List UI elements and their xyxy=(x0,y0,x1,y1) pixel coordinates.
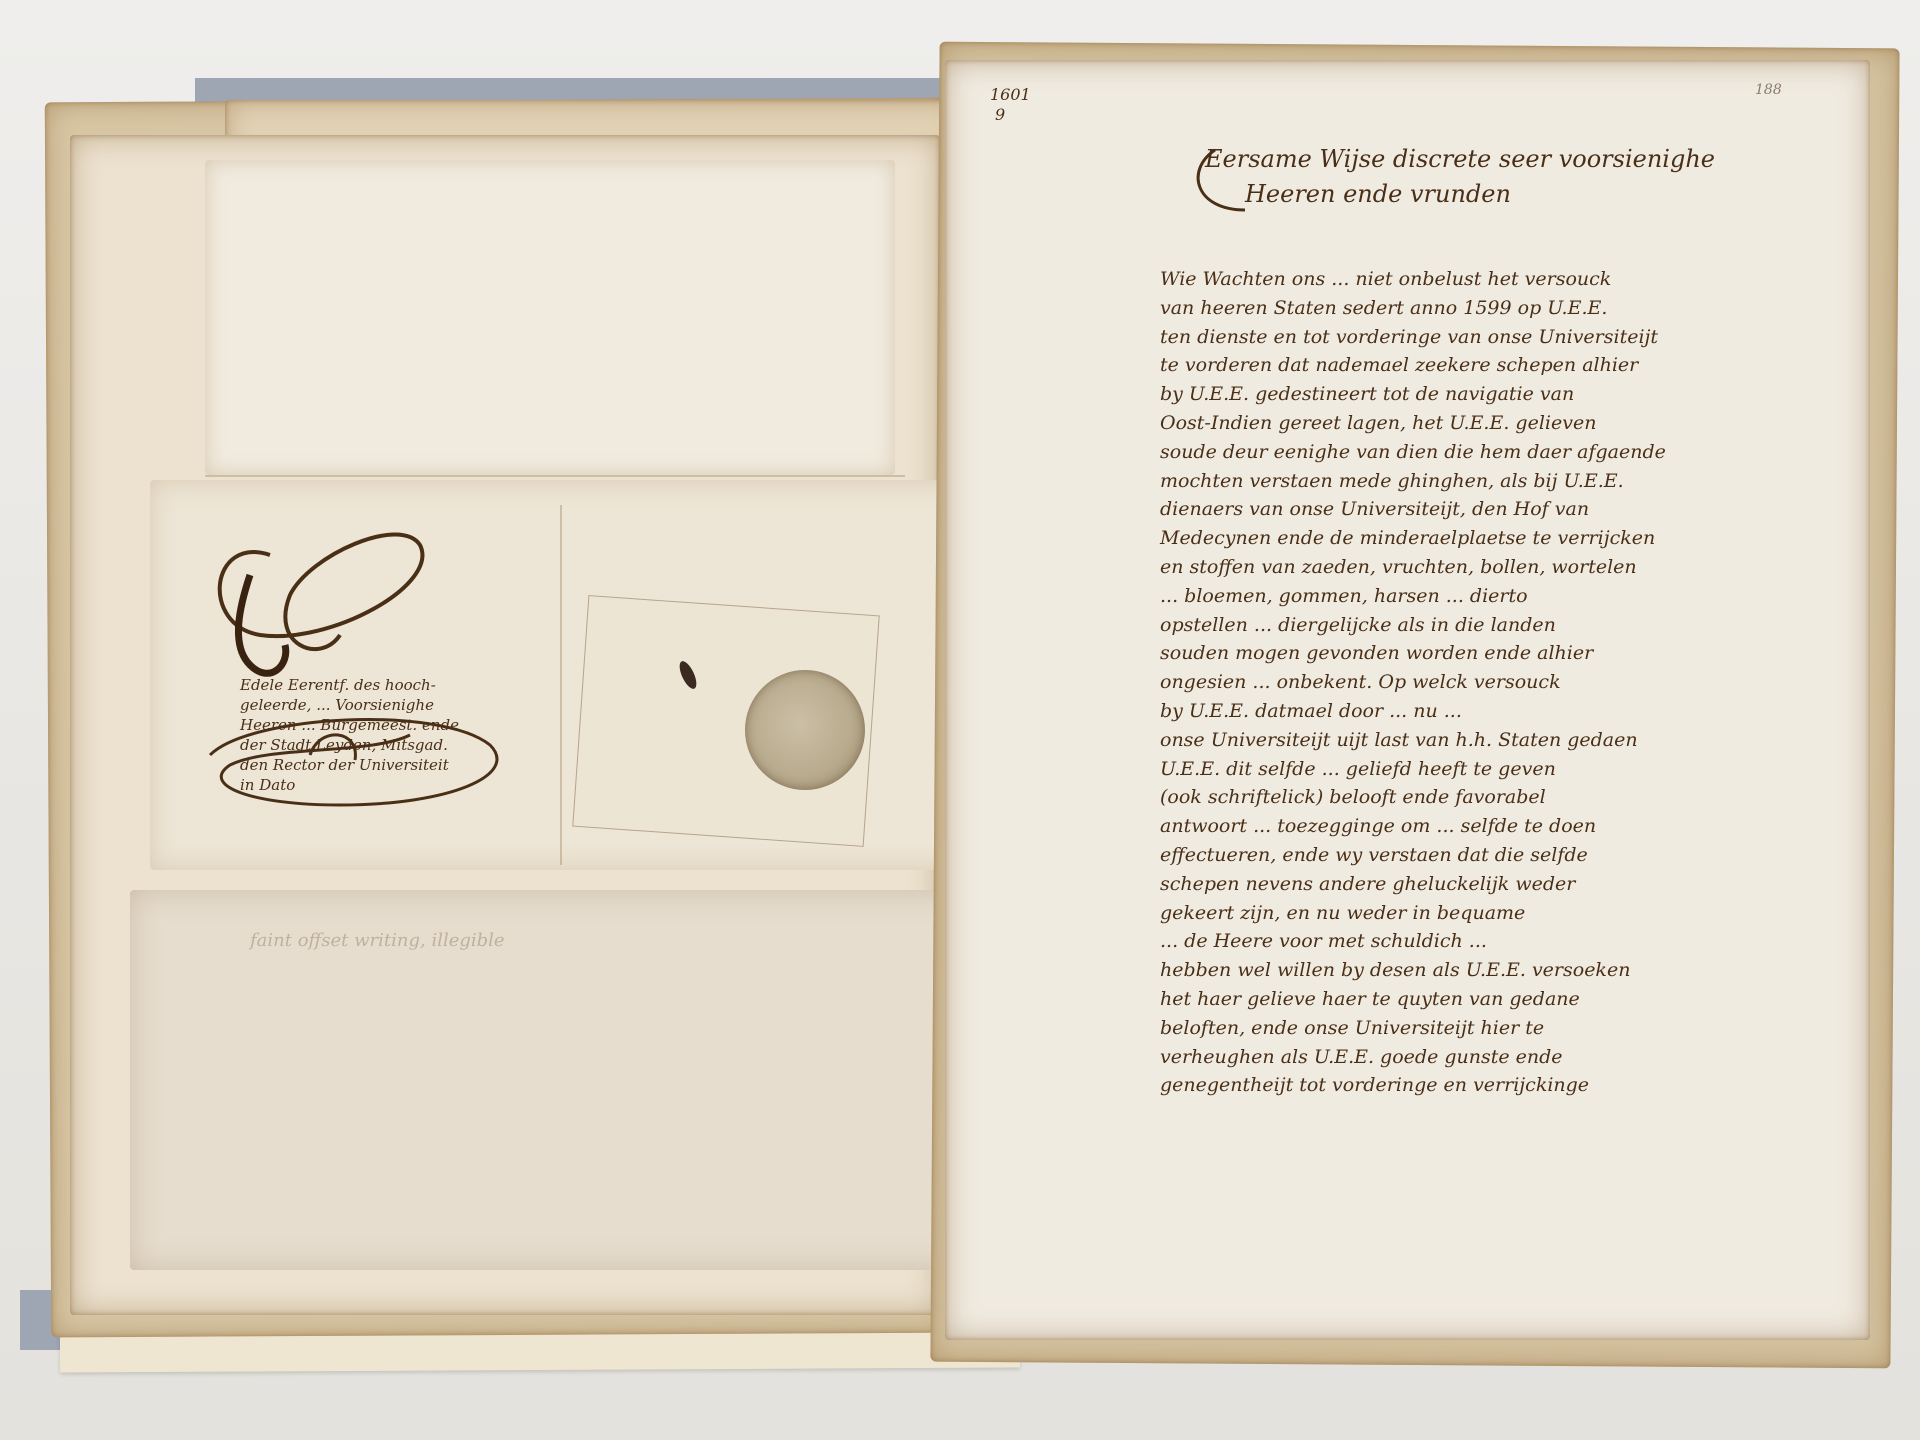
body-line: opstellen ... diergelijcke als in die la… xyxy=(1160,611,1850,640)
address-line: Heeren ... Burgemeest. ende xyxy=(240,715,540,735)
body-line: effectueren, ende wy verstaen dat die se… xyxy=(1160,841,1850,870)
body-line: gekeert zijn, en nu weder in bequame xyxy=(1160,899,1850,928)
body-line: ... de Heere voor met schuldich ... xyxy=(1160,927,1850,956)
folio-mark: 1601 xyxy=(990,85,1031,104)
address-line: geleerde, ... Voorsienighe xyxy=(240,695,540,715)
body-line: by U.E.E. gedestineert tot de navigatie … xyxy=(1160,380,1850,409)
wax-seal-icon xyxy=(745,670,865,790)
body-line: antwoort ... toezegginge om ... selfde t… xyxy=(1160,812,1850,841)
address-line: der Stadt Leyden, Mitsgad. xyxy=(240,735,540,755)
fold-line xyxy=(205,475,905,477)
body-line: verheughen als U.E.E. goede gunste ende xyxy=(1160,1043,1850,1072)
body-line: ten dienste en tot vorderinge van onse U… xyxy=(1160,323,1850,352)
body-line: hebben wel willen by desen als U.E.E. ve… xyxy=(1160,956,1850,985)
letter-body: Wie Wachten ons ... niet onbelust het ve… xyxy=(1160,265,1850,1100)
address-line: den Rector der Universiteit xyxy=(240,755,540,775)
body-line: Oost-Indien gereet lagen, het U.E.E. gel… xyxy=(1160,409,1850,438)
heading-flourish-icon xyxy=(1185,130,1305,220)
body-line: van heeren Staten sedert anno 1599 op U.… xyxy=(1160,294,1850,323)
body-line: souden mogen gevonden worden ende alhier xyxy=(1160,639,1850,668)
body-line: beloften, ende onse Universiteijt hier t… xyxy=(1160,1014,1850,1043)
right-page: 1601 9 188 Eersame Wijse discrete seer v… xyxy=(945,60,1870,1340)
body-line: Medecynen ende de minderaelplaetse te ve… xyxy=(1160,524,1850,553)
faint-offset-writing: faint offset writing, illegible xyxy=(250,930,505,951)
body-line: (ook schriftelick) belooft ende favorabe… xyxy=(1160,783,1850,812)
page-number: 188 xyxy=(1755,82,1782,98)
body-line: onse Universiteijt uijt last van h.h. St… xyxy=(1160,726,1850,755)
body-line: en stoffen van zaeden, vruchten, bollen,… xyxy=(1160,553,1850,582)
address-line: Edele Eerentf. des hooch- xyxy=(240,675,540,695)
body-line: mochten verstaen mede ghinghen, als bij … xyxy=(1160,467,1850,496)
address-line: in Dato xyxy=(240,775,540,795)
lower-panel: faint offset writing, illegible xyxy=(130,890,965,1270)
body-line: Wie Wachten ons ... niet onbelust het ve… xyxy=(1160,265,1850,294)
body-line: schepen nevens andere gheluckelijk weder xyxy=(1160,870,1850,899)
folded-letter-top xyxy=(205,160,895,475)
body-line: genegentheijt tot vorderinge en verrijck… xyxy=(1160,1071,1850,1100)
address-text-block: Edele Eerentf. des hooch- geleerde, ... … xyxy=(240,675,540,795)
body-line: U.E.E. dit selfde ... geliefd heeft te g… xyxy=(1160,755,1850,784)
body-line: by U.E.E. datmael door ... nu ... xyxy=(1160,697,1850,726)
body-line: dienaers van onse Universiteijt, den Hof… xyxy=(1160,495,1850,524)
left-page: Edele Eerentf. des hooch- geleerde, ... … xyxy=(70,135,940,1315)
body-line: ... bloemen, gommen, harsen ... dierto xyxy=(1160,582,1850,611)
body-line: te vorderen dat nademael zeekere schepen… xyxy=(1160,351,1850,380)
body-line: het haer gelieve haer te quyten van geda… xyxy=(1160,985,1850,1014)
folio-mark-sub: 9 xyxy=(995,105,1005,124)
body-line: ongesien ... onbekent. Op welck versouck xyxy=(1160,668,1850,697)
vertical-fold xyxy=(560,505,562,865)
body-line: soude deur eenighe van dien die hem daer… xyxy=(1160,438,1850,467)
